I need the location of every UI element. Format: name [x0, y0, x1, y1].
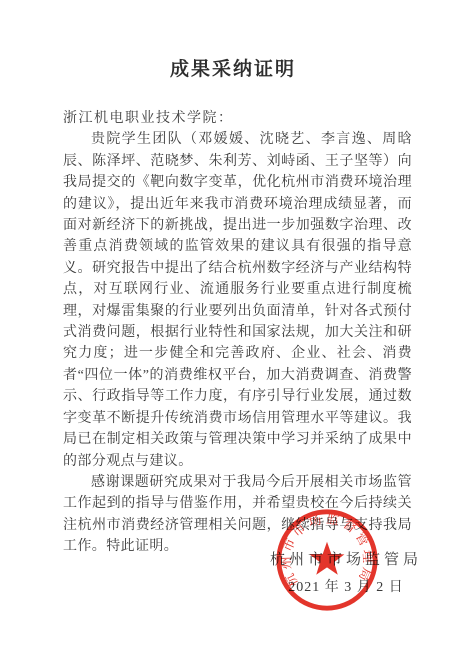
certificate-page: 成果采纳证明 浙江机电职业技术学院： 贵院学生团队（邓媛媛、沈晓艺、李言逸、周晗…: [0, 0, 466, 659]
page-title: 成果采纳证明: [0, 0, 466, 81]
paragraph-1: 贵院学生团队（邓媛媛、沈晓艺、李言逸、周晗辰、陈泽坪、范晓梦、朱利芳、刘峙函、王…: [63, 129, 412, 472]
signature-date: 2021 年 3 月 2 日: [270, 576, 422, 596]
signature-organization: 杭州市市场监管局: [270, 548, 422, 569]
salutation: 浙江机电职业技术学院：: [63, 108, 412, 129]
signature-block: 杭州市市场监管局 2021 年 3 月 2 日: [270, 548, 422, 596]
paragraph-2: 感谢课题研究成果对于我局今后开展相关市场监管工作起到的指导与借鉴作用，并希望贵校…: [63, 472, 412, 558]
certificate-body: 浙江机电职业技术学院： 贵院学生团队（邓媛媛、沈晓艺、李言逸、周晗辰、陈泽坪、范…: [63, 108, 412, 558]
